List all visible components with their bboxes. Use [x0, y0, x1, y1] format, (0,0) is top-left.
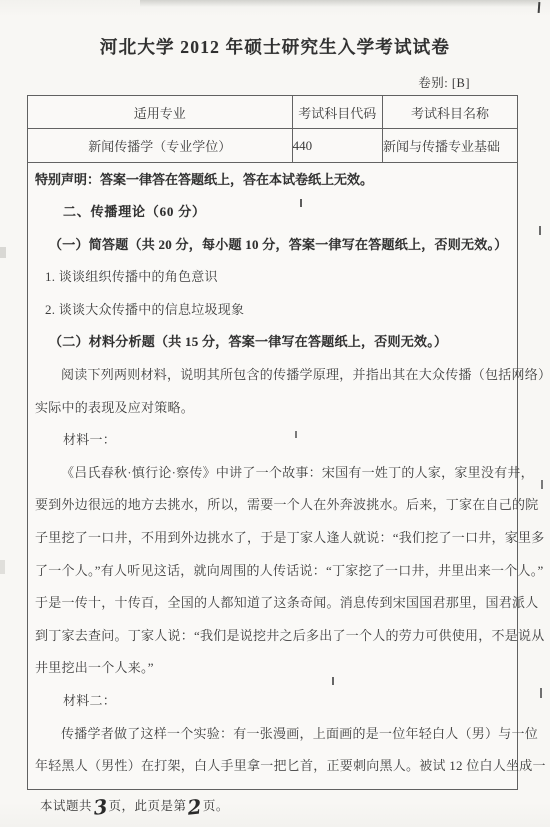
footer-total-pages-handwritten: 3 — [92, 794, 109, 819]
scan-artifact — [0, 560, 5, 574]
scan-artifact — [541, 480, 543, 489]
exam-info-table: 适用专业 考试科目代码 考试科目名称 新闻传播学（专业学位） 440 新闻与传播… — [28, 96, 517, 163]
header-subject-name: 考试科目名称 — [383, 96, 517, 129]
body-line: 井里挖出一个人来。” — [35, 652, 513, 685]
scan-shadow-top — [140, 0, 540, 7]
scan-artifact — [295, 431, 297, 438]
exam-copy-label: 卷别: [B] — [418, 73, 470, 91]
footer-suffix: 页。 — [203, 799, 229, 813]
footer-middle: 页，此页是第 — [108, 799, 186, 813]
body-line: 了一个人。”有人听见这话，就向周围的人传话说：“丁家挖了一口井，井里出来一个人。… — [35, 555, 513, 588]
scan-artifact — [300, 199, 302, 207]
body-line: 阅读下列两则材料，说明其所包含的传播学原理，并指出其在大众传播（包括网络） — [35, 359, 513, 392]
footer-prefix: 本试题共 — [40, 799, 92, 813]
body-line: （二）材料分析题（共 15 分，答案一律写在答题纸上，否则无效。） — [35, 326, 513, 359]
body-line: 《吕氏春秋·慎行论·察传》中讲了一个故事：宋国有一姓丁的人家，家里没有井， — [35, 457, 513, 490]
body-line: 材料一： — [35, 424, 513, 457]
body-line: 二、传播理论（60 分） — [35, 196, 513, 229]
body-line: 1. 谈谈组织传播中的角色意识 — [35, 261, 513, 294]
header-applicable-major: 适用专业 — [28, 96, 292, 129]
body-line: 传播学者做了这样一个实验：有一张漫画，上面画的是一位年轻白人（男）与一位 — [35, 718, 513, 751]
body-line: 材料二： — [35, 685, 513, 718]
body-line: 要到外边很远的地方去挑水，所以，需要一个人在外奔波挑水。后来，丁家在自己的院 — [35, 489, 513, 522]
header-subject-code: 考试科目代码 — [292, 96, 382, 129]
scanned-exam-page: { "colors": { "paper": "#f8f7f4", "ink":… — [0, 0, 550, 827]
page-footer: 本试题共3页，此页是第2页。 — [40, 791, 229, 815]
body-line: 实际中的表现及应对策略。 — [35, 392, 513, 425]
page-title: 河北大学 2012 年硕士研究生入学考试试卷 — [0, 34, 550, 59]
cell-subject-code: 440 — [292, 129, 382, 163]
scan-artifact — [539, 226, 541, 235]
body-line: 2. 谈谈大众传播中的信息垃圾现象 — [35, 294, 513, 327]
footer-page-number-handwritten: 2 — [187, 794, 204, 819]
body-line: （一）简答题（共 20 分，每小题 10 分，答案一律写在答题纸上，否则无效。） — [35, 229, 513, 262]
special-notice: 特别声明：答案一律答在答题纸上，答在本试卷纸上无效。 — [28, 163, 517, 196]
info-table-header-row: 适用专业 考试科目代码 考试科目名称 — [28, 96, 517, 129]
body-line: 年轻黑人（男性）在打架，白人手里拿一把匕首，正要刺向黑人。被试 12 位白人坐成… — [35, 750, 513, 783]
body-line: 子里挖了一口井，不用到外边挑水了，于是丁家人逢人就说：“我们挖了一口井，家里多 — [35, 522, 513, 555]
info-table-data-row: 新闻传播学（专业学位） 440 新闻与传播专业基础 — [28, 129, 517, 163]
body-lines: 二、传播理论（60 分）（一）简答题（共 20 分，每小题 10 分，答案一律写… — [28, 196, 517, 783]
cell-subject-name: 新闻与传播专业基础 — [383, 129, 517, 163]
exam-border-box: 适用专业 考试科目代码 考试科目名称 新闻传播学（专业学位） 440 新闻与传播… — [27, 95, 518, 790]
scan-artifact — [0, 247, 6, 258]
scan-artifact — [332, 677, 334, 685]
body-line: 到丁家去查问。丁家人说：“我们是说挖井之后多出了一个人的劳力可供使用，不是说从 — [35, 620, 513, 653]
scan-artifact — [538, 2, 541, 13]
body-line: 于是一传十，十传百，全国的人都知道了这条奇闻。消息传到宋国国君那里，国君派人 — [35, 587, 513, 620]
scan-artifact — [540, 688, 542, 698]
cell-applicable-major: 新闻传播学（专业学位） — [28, 129, 292, 163]
